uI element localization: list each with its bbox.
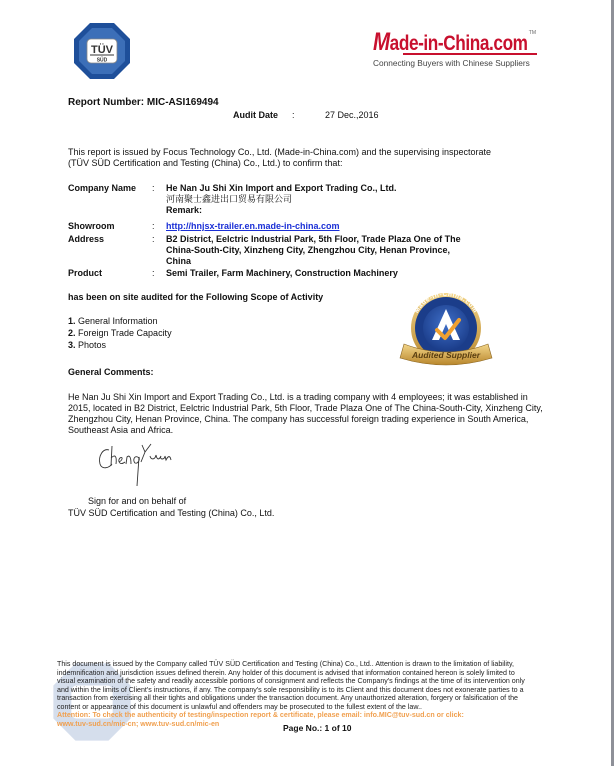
audit-date-value: 27 Dec.,2016 xyxy=(325,110,379,120)
svg-text:Audited Supplier: Audited Supplier xyxy=(411,350,481,360)
sign-behalf-text: Sign for and on behalf of xyxy=(88,496,186,506)
general-comments-heading: General Comments: xyxy=(68,367,154,377)
signature: Cheng Yuan xyxy=(95,442,185,494)
company-name-value: He Nan Ju Shi Xin Import and Export Trad… xyxy=(166,183,496,216)
tuv-sud-logo: TÜV SÜD xyxy=(73,22,131,80)
footer-disclaimer: This document is issued by the Company c… xyxy=(57,660,607,712)
audited-supplier-badge: Made-in-China.com Audited Supplier xyxy=(396,292,496,370)
footer-attention: Attention: To check the authenticity of … xyxy=(57,711,607,720)
scope-list: 1. General Information 2. Foreign Trade … xyxy=(68,315,172,351)
scope-item: 3. Photos xyxy=(68,339,172,351)
address-label: Address xyxy=(68,234,104,244)
remark-label: Remark: xyxy=(166,205,496,216)
showroom-link[interactable]: http://hnjsx-trailer.en.made-in-china.co… xyxy=(166,221,340,231)
general-comments-body: He Nan Ju Shi Xin Import and Export Trad… xyxy=(68,392,548,436)
audit-date-colon: : xyxy=(292,110,295,120)
footer-verification-links[interactable]: www.tuv-sud.cn/mic-cn; www.tuv-sud.cn/mi… xyxy=(57,720,219,728)
company-name-cn: 河南聚士鑫进出口贸易有限公司 xyxy=(166,194,496,205)
svg-text:TÜV: TÜV xyxy=(91,43,114,56)
scope-item: 1. General Information xyxy=(68,315,172,327)
report-number: Report Number: MIC-ASI169494 xyxy=(68,97,219,108)
address-value: B2 District, Eelctric Industrial Park, 5… xyxy=(166,234,526,267)
sign-company-text: TÜV SÜD Certification and Testing (China… xyxy=(68,508,274,518)
scope-item: 2. Foreign Trade Capacity xyxy=(68,327,172,339)
showroom-label: Showroom xyxy=(68,221,115,231)
company-name-label: Company Name xyxy=(68,183,136,193)
scope-heading: has been on site audited for the Followi… xyxy=(68,292,323,302)
made-in-china-logo: Made-in-China.com TM Connecting Buyers w… xyxy=(373,28,538,70)
product-value: Semi Trailer, Farm Machinery, Constructi… xyxy=(166,268,526,279)
product-label: Product xyxy=(68,268,102,278)
audit-date-label: Audit Date xyxy=(233,110,278,120)
svg-text:SÜD: SÜD xyxy=(97,57,108,64)
intro-paragraph: This report is issued by Focus Technolog… xyxy=(68,147,568,169)
page-number: Page No.: 1 of 10 xyxy=(283,723,352,733)
